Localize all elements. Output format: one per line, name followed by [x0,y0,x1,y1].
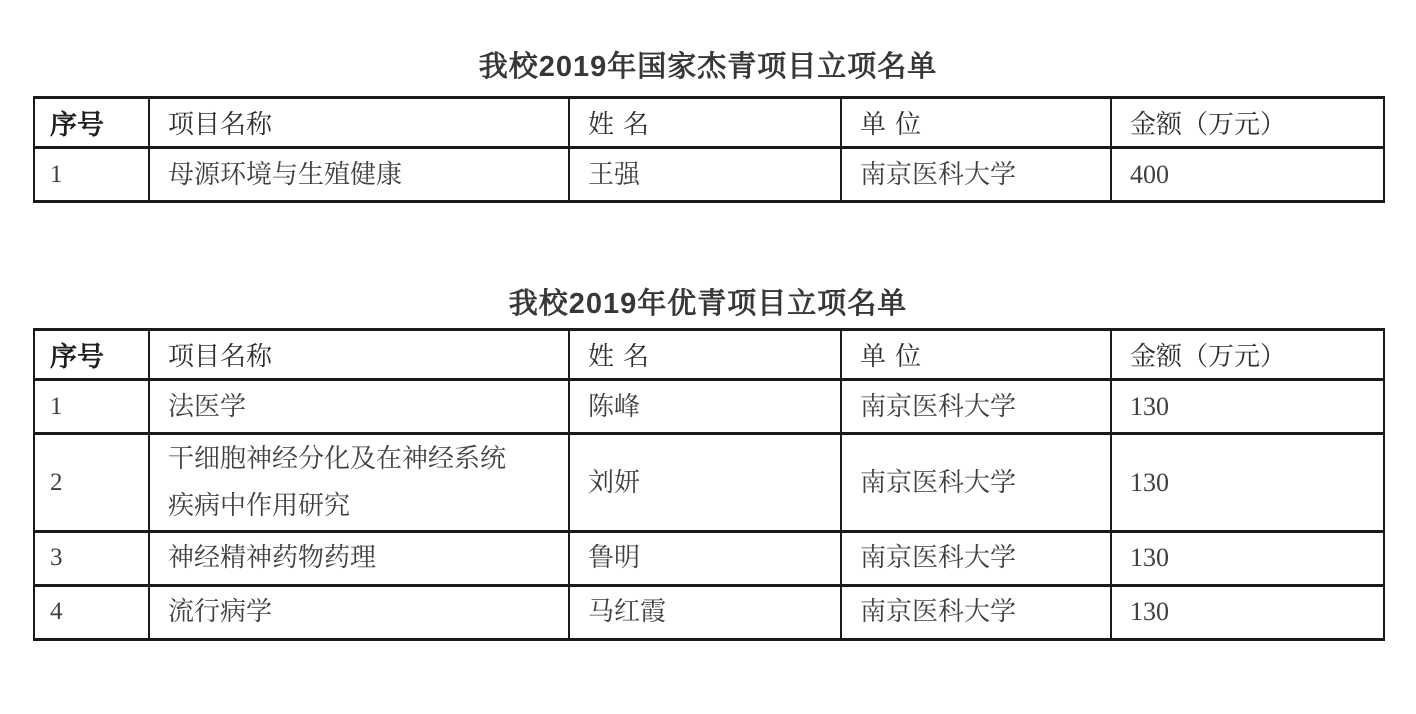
column-header-index: 序号 [34,330,149,380]
table-row: 4 流行病学 马红霞 南京医科大学 130 [34,585,1384,639]
jieqing-table-title: 我校2019年国家杰青项目立项名单 [0,0,1416,84]
column-header-project: 项目名称 [149,98,569,148]
cell-project: 神经精神药物药理 [149,531,569,585]
cell-index: 1 [34,148,149,202]
column-header-unit: 单位 [841,330,1111,380]
cell-unit: 南京医科大学 [841,434,1111,532]
cell-amount: 400 [1111,148,1384,202]
cell-amount: 130 [1111,585,1384,639]
jieqing-award-table: 序号 项目名称 姓名 单位 金额（万元） 1 母源环境与生殖健康 王强 南京医科… [33,96,1385,203]
cell-index: 1 [34,380,149,434]
cell-name: 陈峰 [569,380,841,434]
cell-amount: 130 [1111,531,1384,585]
cell-amount: 130 [1111,380,1384,434]
table-row: 2 干细胞神经分化及在神经系统疾病中作用研究 刘妍 南京医科大学 130 [34,434,1384,532]
column-header-amount: 金额（万元） [1111,330,1384,380]
cell-project: 母源环境与生殖健康 [149,148,569,202]
cell-name: 鲁明 [569,531,841,585]
cell-project: 法医学 [149,380,569,434]
cell-unit: 南京医科大学 [841,148,1111,202]
cell-index: 4 [34,585,149,639]
article-page: { "page": { "background": "#ffffff", "ti… [0,0,1416,714]
table-row: 1 母源环境与生殖健康 王强 南京医科大学 400 [34,148,1384,202]
table-header-row: 序号 项目名称 姓名 单位 金额（万元） [34,98,1384,148]
column-header-name: 姓名 [569,98,841,148]
cell-name: 王强 [569,148,841,202]
youqing-award-table: 序号 项目名称 姓名 单位 金额（万元） 1 法医学 陈峰 南京医科大学 130… [33,328,1385,641]
cell-unit: 南京医科大学 [841,380,1111,434]
table-row: 3 神经精神药物药理 鲁明 南京医科大学 130 [34,531,1384,585]
cell-unit: 南京医科大学 [841,531,1111,585]
table-row: 1 法医学 陈峰 南京医科大学 130 [34,380,1384,434]
column-header-name: 姓名 [569,330,841,380]
column-header-amount: 金额（万元） [1111,98,1384,148]
cell-amount: 130 [1111,434,1384,532]
cell-name: 马红霞 [569,585,841,639]
cell-index: 3 [34,531,149,585]
cell-project: 干细胞神经分化及在神经系统疾病中作用研究 [149,434,569,532]
column-header-unit: 单位 [841,98,1111,148]
cell-index: 2 [34,434,149,532]
cell-name: 刘妍 [569,434,841,532]
column-header-project: 项目名称 [149,330,569,380]
youqing-table-title: 我校2019年优青项目立项名单 [0,287,1416,321]
column-header-index: 序号 [34,98,149,148]
cell-project: 流行病学 [149,585,569,639]
cell-unit: 南京医科大学 [841,585,1111,639]
table-header-row: 序号 项目名称 姓名 单位 金额（万元） [34,330,1384,380]
